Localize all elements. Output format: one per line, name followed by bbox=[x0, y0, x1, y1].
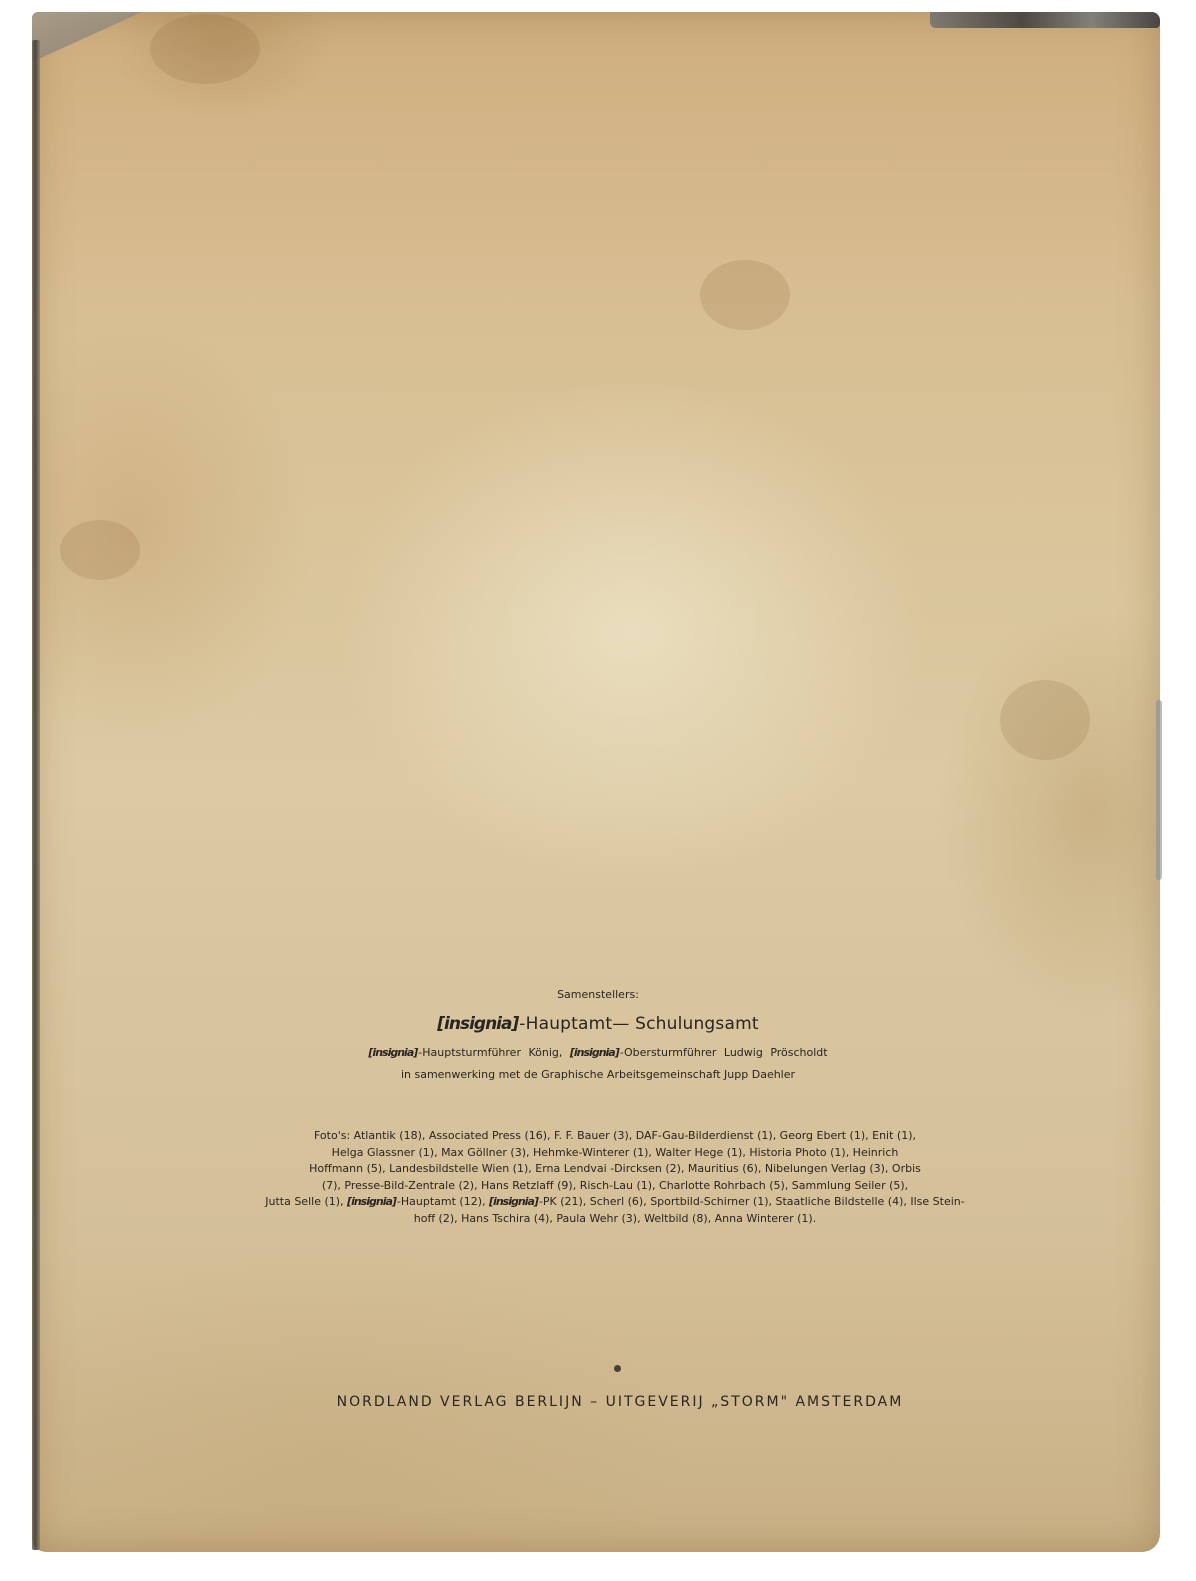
credits-text: -Hauptamt (12), bbox=[397, 1195, 486, 1208]
foxing-stain bbox=[700, 260, 790, 330]
publisher-imprint: NORDLAND VERLAG BERLIJN – UITGEVERIJ „ST… bbox=[254, 1394, 986, 1410]
credits-line: Jutta Selle (1), [insignia]-Hauptamt (12… bbox=[254, 1194, 976, 1211]
credits-text: Jutta Selle (1), bbox=[265, 1195, 343, 1208]
insignia-icon: [insignia] bbox=[489, 1194, 538, 1211]
back-cover-page bbox=[32, 12, 1160, 1552]
organization-name: -Hauptamt— Schulungsamt bbox=[519, 1014, 758, 1034]
insignia-icon: [insignia] bbox=[437, 1014, 518, 1034]
credits-line: Helga Glassner (1), Max Göllner (3), Heh… bbox=[254, 1145, 976, 1162]
torn-right-edge bbox=[1156, 700, 1162, 880]
organization-title: [insignia]-Hauptamt— Schulungsamt bbox=[0, 1014, 1196, 1034]
credits-line: (7), Presse-Bild-Zentrale (2), Hans Retz… bbox=[254, 1178, 976, 1195]
authors-line: [insignia]-Hauptsturmführer König, [insi… bbox=[0, 1046, 1196, 1059]
insignia-icon: [insignia] bbox=[570, 1046, 619, 1059]
credits-text: -PK (21), Scherl (6), Sportbild-Schirner… bbox=[539, 1195, 965, 1208]
insignia-icon: [insignia] bbox=[347, 1194, 396, 1211]
credits-line: hoff (2), Hans Tschira (4), Paula Wehr (… bbox=[254, 1211, 976, 1228]
torn-top-edge bbox=[930, 12, 1160, 28]
collaboration-line: in samenwerking met de Graphische Arbeit… bbox=[0, 1068, 1196, 1081]
author-1: -Hauptsturmführer König, bbox=[418, 1046, 562, 1059]
book-spine-edge bbox=[32, 40, 40, 1550]
credits-line: Foto's: Atlantik (18), Associated Press … bbox=[254, 1128, 976, 1145]
photo-credits: Foto's: Atlantik (18), Associated Press … bbox=[254, 1128, 976, 1227]
credits-line: Hoffmann (5), Landesbildstelle Wien (1),… bbox=[254, 1161, 976, 1178]
insignia-icon: [insignia] bbox=[368, 1046, 417, 1059]
author-2: -Obersturmführer Ludwig Pröscholdt bbox=[620, 1046, 828, 1059]
water-stain bbox=[150, 14, 260, 84]
foxing-stain bbox=[1000, 680, 1090, 760]
foxing-stain bbox=[60, 520, 140, 580]
ink-spot bbox=[614, 1365, 621, 1372]
compilers-label: Samenstellers: bbox=[0, 988, 1196, 1001]
